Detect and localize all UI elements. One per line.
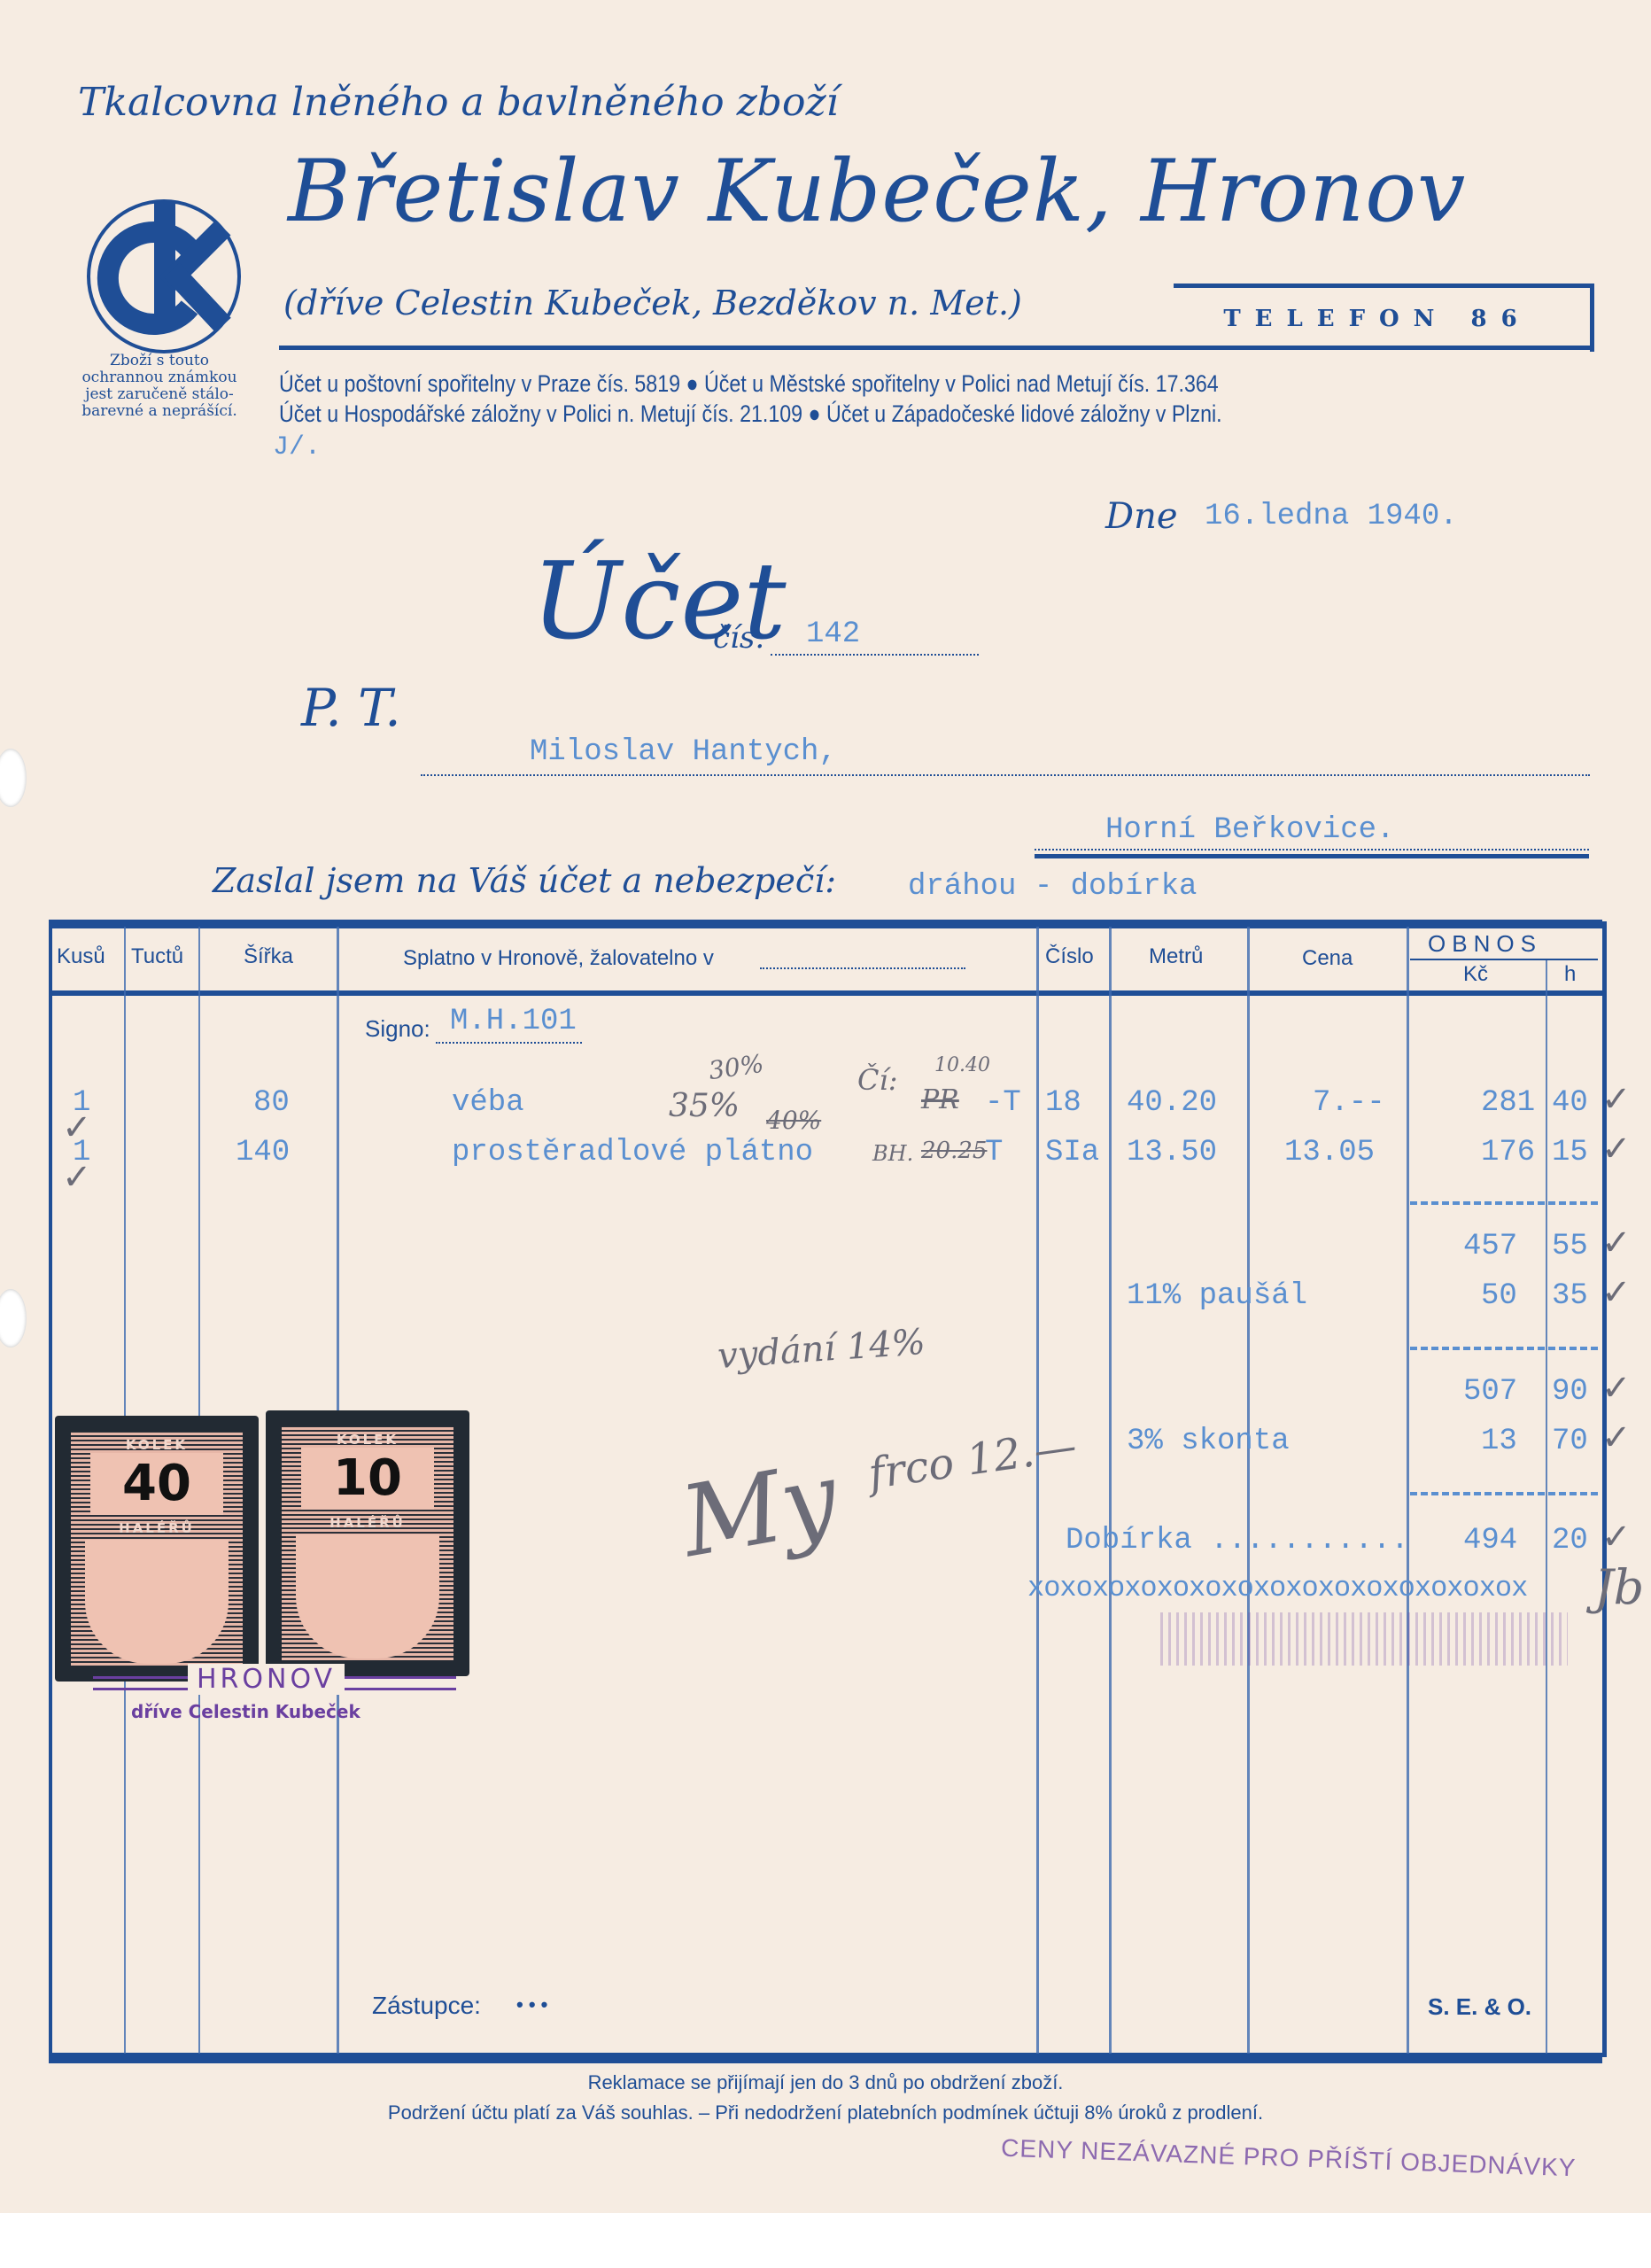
surcharge-label: 11% paušál — [1127, 1279, 1307, 1313]
invoice-number-label: čís. — [713, 620, 764, 656]
pencil-note-cislo: Čí: — [857, 1063, 898, 1097]
coat-of-arms-icon — [296, 1534, 439, 1658]
item-cena: 13.05 — [1284, 1136, 1375, 1169]
letterhead-rule — [279, 346, 1590, 350]
pencil-note-cislo-top: 10.40 — [934, 1054, 990, 1076]
representative-label: Zástupce: — [372, 1992, 481, 2020]
checkmark-icon: ✓ — [1601, 1223, 1632, 1263]
item-description: véba — [452, 1086, 524, 1120]
table-header-rule — [49, 990, 1602, 996]
pencil-note-pct-mid: 35% — [669, 1088, 740, 1124]
shipping-label: Zaslal jsem na Váš účet a nebezpečí: — [213, 861, 836, 900]
company-name: Břetislav Kubeček, Hronov — [288, 142, 1466, 241]
date-label: Dne — [1105, 496, 1178, 537]
header-description-dotline — [760, 967, 965, 969]
header-h: h — [1564, 962, 1576, 987]
header-cena: Cena — [1302, 946, 1353, 971]
discount-label: 3% skonta — [1127, 1425, 1290, 1458]
table-top-rule — [49, 920, 1602, 928]
recipient-name: Miloslav Hantych, — [530, 735, 837, 769]
stamp-value: 40 — [90, 1453, 223, 1515]
item-suffix: -T — [985, 1086, 1021, 1120]
subtotal-h: 55 — [1552, 1230, 1588, 1263]
shipping-method: dráhou - dobírka — [908, 870, 1197, 904]
logo-caption-line: jest zaručeně stálo- — [62, 386, 257, 403]
company-formerly: (dříve Celestin Kubeček, Bezděkov n. Met… — [283, 283, 1022, 322]
column-divider — [1407, 927, 1409, 2054]
total-kc: 507 — [1463, 1375, 1517, 1409]
phone-number: TELEFON 86 — [1174, 306, 1581, 332]
item-kc: 176 — [1481, 1136, 1535, 1169]
footer-line-1: Reklamace se přijímají jen do 3 dnů po o… — [0, 2071, 1651, 2094]
item-metru: 40.20 — [1127, 1086, 1217, 1120]
invoice-number-dotline — [771, 654, 979, 656]
salutation: P. T. — [301, 678, 401, 738]
stamp-label-mid: HALÉŘŮ — [55, 1520, 259, 1536]
cancel-stamp-city: HRONOV — [188, 1664, 345, 1695]
sum-dashline — [1410, 1201, 1598, 1205]
total-h: 90 — [1552, 1375, 1588, 1409]
item-cislo: 18 — [1045, 1086, 1081, 1120]
item-cena: 7.-- — [1313, 1086, 1385, 1120]
invoice-number: 142 — [806, 617, 860, 651]
recipient-place-dotline — [1035, 849, 1589, 850]
checkmark-icon: ✓ — [62, 1107, 92, 1148]
revenue-stamp-10: KOLEK 10 HALÉŘŮ — [266, 1410, 469, 1676]
item-sirka: 80 — [253, 1086, 290, 1120]
discount-h: 70 — [1552, 1425, 1588, 1458]
phone-box: TELEFON 86 — [1174, 283, 1594, 352]
logo-ck-icon — [87, 199, 241, 353]
column-divider — [1109, 927, 1112, 2054]
discount-kc: 13 — [1481, 1425, 1517, 1458]
header-cislo: Číslo — [1045, 944, 1094, 969]
sum-dashline — [1410, 1492, 1598, 1495]
cod-label: Dobírka ........... — [1066, 1524, 1409, 1557]
header-kc: Kč — [1463, 962, 1488, 987]
logo-caption-line: ochrannou známkou — [62, 369, 257, 386]
signo-dotline — [436, 1042, 582, 1044]
recipient-name-dotline — [421, 774, 1590, 776]
item-suffix: T — [985, 1136, 1003, 1169]
header-obnos: OBNOS — [1428, 930, 1542, 958]
representative-value: • • • — [516, 1993, 547, 2016]
coat-of-arms-icon — [85, 1540, 229, 1664]
faded-stamp — [1160, 1612, 1568, 1666]
header-sirka: Šířka — [244, 944, 293, 969]
checkmark-icon: ✓ — [1601, 1272, 1632, 1313]
checkmark-icon: ✓ — [1601, 1517, 1632, 1557]
signo-value: M.H.101 — [450, 1005, 577, 1038]
logo-caption-line: barevné a neprášící. — [62, 403, 257, 420]
trade-line: Tkalcovna lněného a bavlněného zboží — [78, 80, 839, 125]
bank-accounts-line-1: Účet u poštovní spořitelny v Praze čís. … — [279, 370, 1219, 398]
stamp-label-mid: HALÉŘŮ — [266, 1515, 469, 1531]
cancel-stamp-sub: dříve Celestin Kubeček — [131, 1701, 360, 1722]
column-divider — [1546, 959, 1547, 2054]
item-cislo: SIa — [1045, 1136, 1099, 1169]
footer-line-2: Podržení účtu platí za Váš souhlas. – Př… — [0, 2101, 1651, 2124]
header-kusu: Kusů — [57, 944, 105, 969]
stamp-label-top: KOLEK — [55, 1437, 259, 1453]
checkmark-icon: ✓ — [62, 1157, 92, 1198]
pencil-note-pct-struck: 40% — [766, 1106, 821, 1135]
surcharge-h: 35 — [1552, 1279, 1588, 1313]
logo-caption-line: Zboží s touto — [62, 353, 257, 369]
item-h: 15 — [1552, 1136, 1588, 1169]
signo-label: Signo: — [365, 1015, 430, 1043]
table-bottom-rule — [49, 2053, 1602, 2063]
stamp-label-top: KOLEK — [266, 1432, 469, 1448]
seo-mark: S. E. & O. — [1428, 1993, 1531, 2021]
header-tuctu: Tuctů — [131, 944, 183, 969]
subtotal-kc: 457 — [1463, 1230, 1517, 1263]
item-h: 40 — [1552, 1086, 1588, 1120]
checkmark-icon: ✓ — [1601, 1129, 1632, 1169]
checkmark-icon: ✓ — [1601, 1417, 1632, 1458]
cod-h: 20 — [1552, 1524, 1588, 1557]
item-description: prostěradlové plátno — [452, 1136, 813, 1169]
sum-dashline — [1410, 1347, 1598, 1350]
checkmark-icon: ✓ — [1601, 1079, 1632, 1120]
reference-mark: J/. — [273, 432, 321, 462]
recipient-place: Horní Beřkovice. — [1105, 813, 1394, 847]
checkmark-icon: ✓ — [1601, 1368, 1632, 1409]
surcharge-kc: 50 — [1481, 1279, 1517, 1313]
stamp-value: 10 — [301, 1448, 434, 1510]
logo-caption: Zboží s touto ochrannou známkou jest zar… — [62, 353, 257, 420]
item-metru: 13.50 — [1127, 1136, 1217, 1169]
obnos-subrule — [1410, 959, 1598, 960]
revenue-stamp-40: KOLEK 40 HALÉŘŮ — [55, 1416, 259, 1682]
column-divider — [1247, 927, 1250, 2054]
pencil-note-cislo-struck: PR — [921, 1084, 959, 1115]
date-value: 16.ledna 1940. — [1205, 500, 1458, 533]
cod-kc: 494 — [1463, 1524, 1517, 1557]
pencil-note-bh-value: 20.25 — [921, 1138, 987, 1164]
header-metru: Metrů — [1149, 944, 1203, 969]
header-description: Splatno v Hronově, žalovatelno v — [403, 946, 714, 971]
pencil-note-bh: BH. — [872, 1141, 913, 1166]
filler-row: xoxoxoxoxoxoxoxoxoxoxoxoxoxoxox — [1027, 1572, 1527, 1604]
bank-accounts-line-2: Účet u Hospodářské záložny v Polici n. M… — [279, 400, 1222, 428]
item-sirka: 140 — [236, 1136, 290, 1169]
recipient-place-rule — [1035, 854, 1589, 858]
column-divider — [1036, 927, 1039, 2054]
item-kc: 281 — [1481, 1086, 1535, 1120]
pencil-initials: Jb — [1594, 1559, 1644, 1615]
